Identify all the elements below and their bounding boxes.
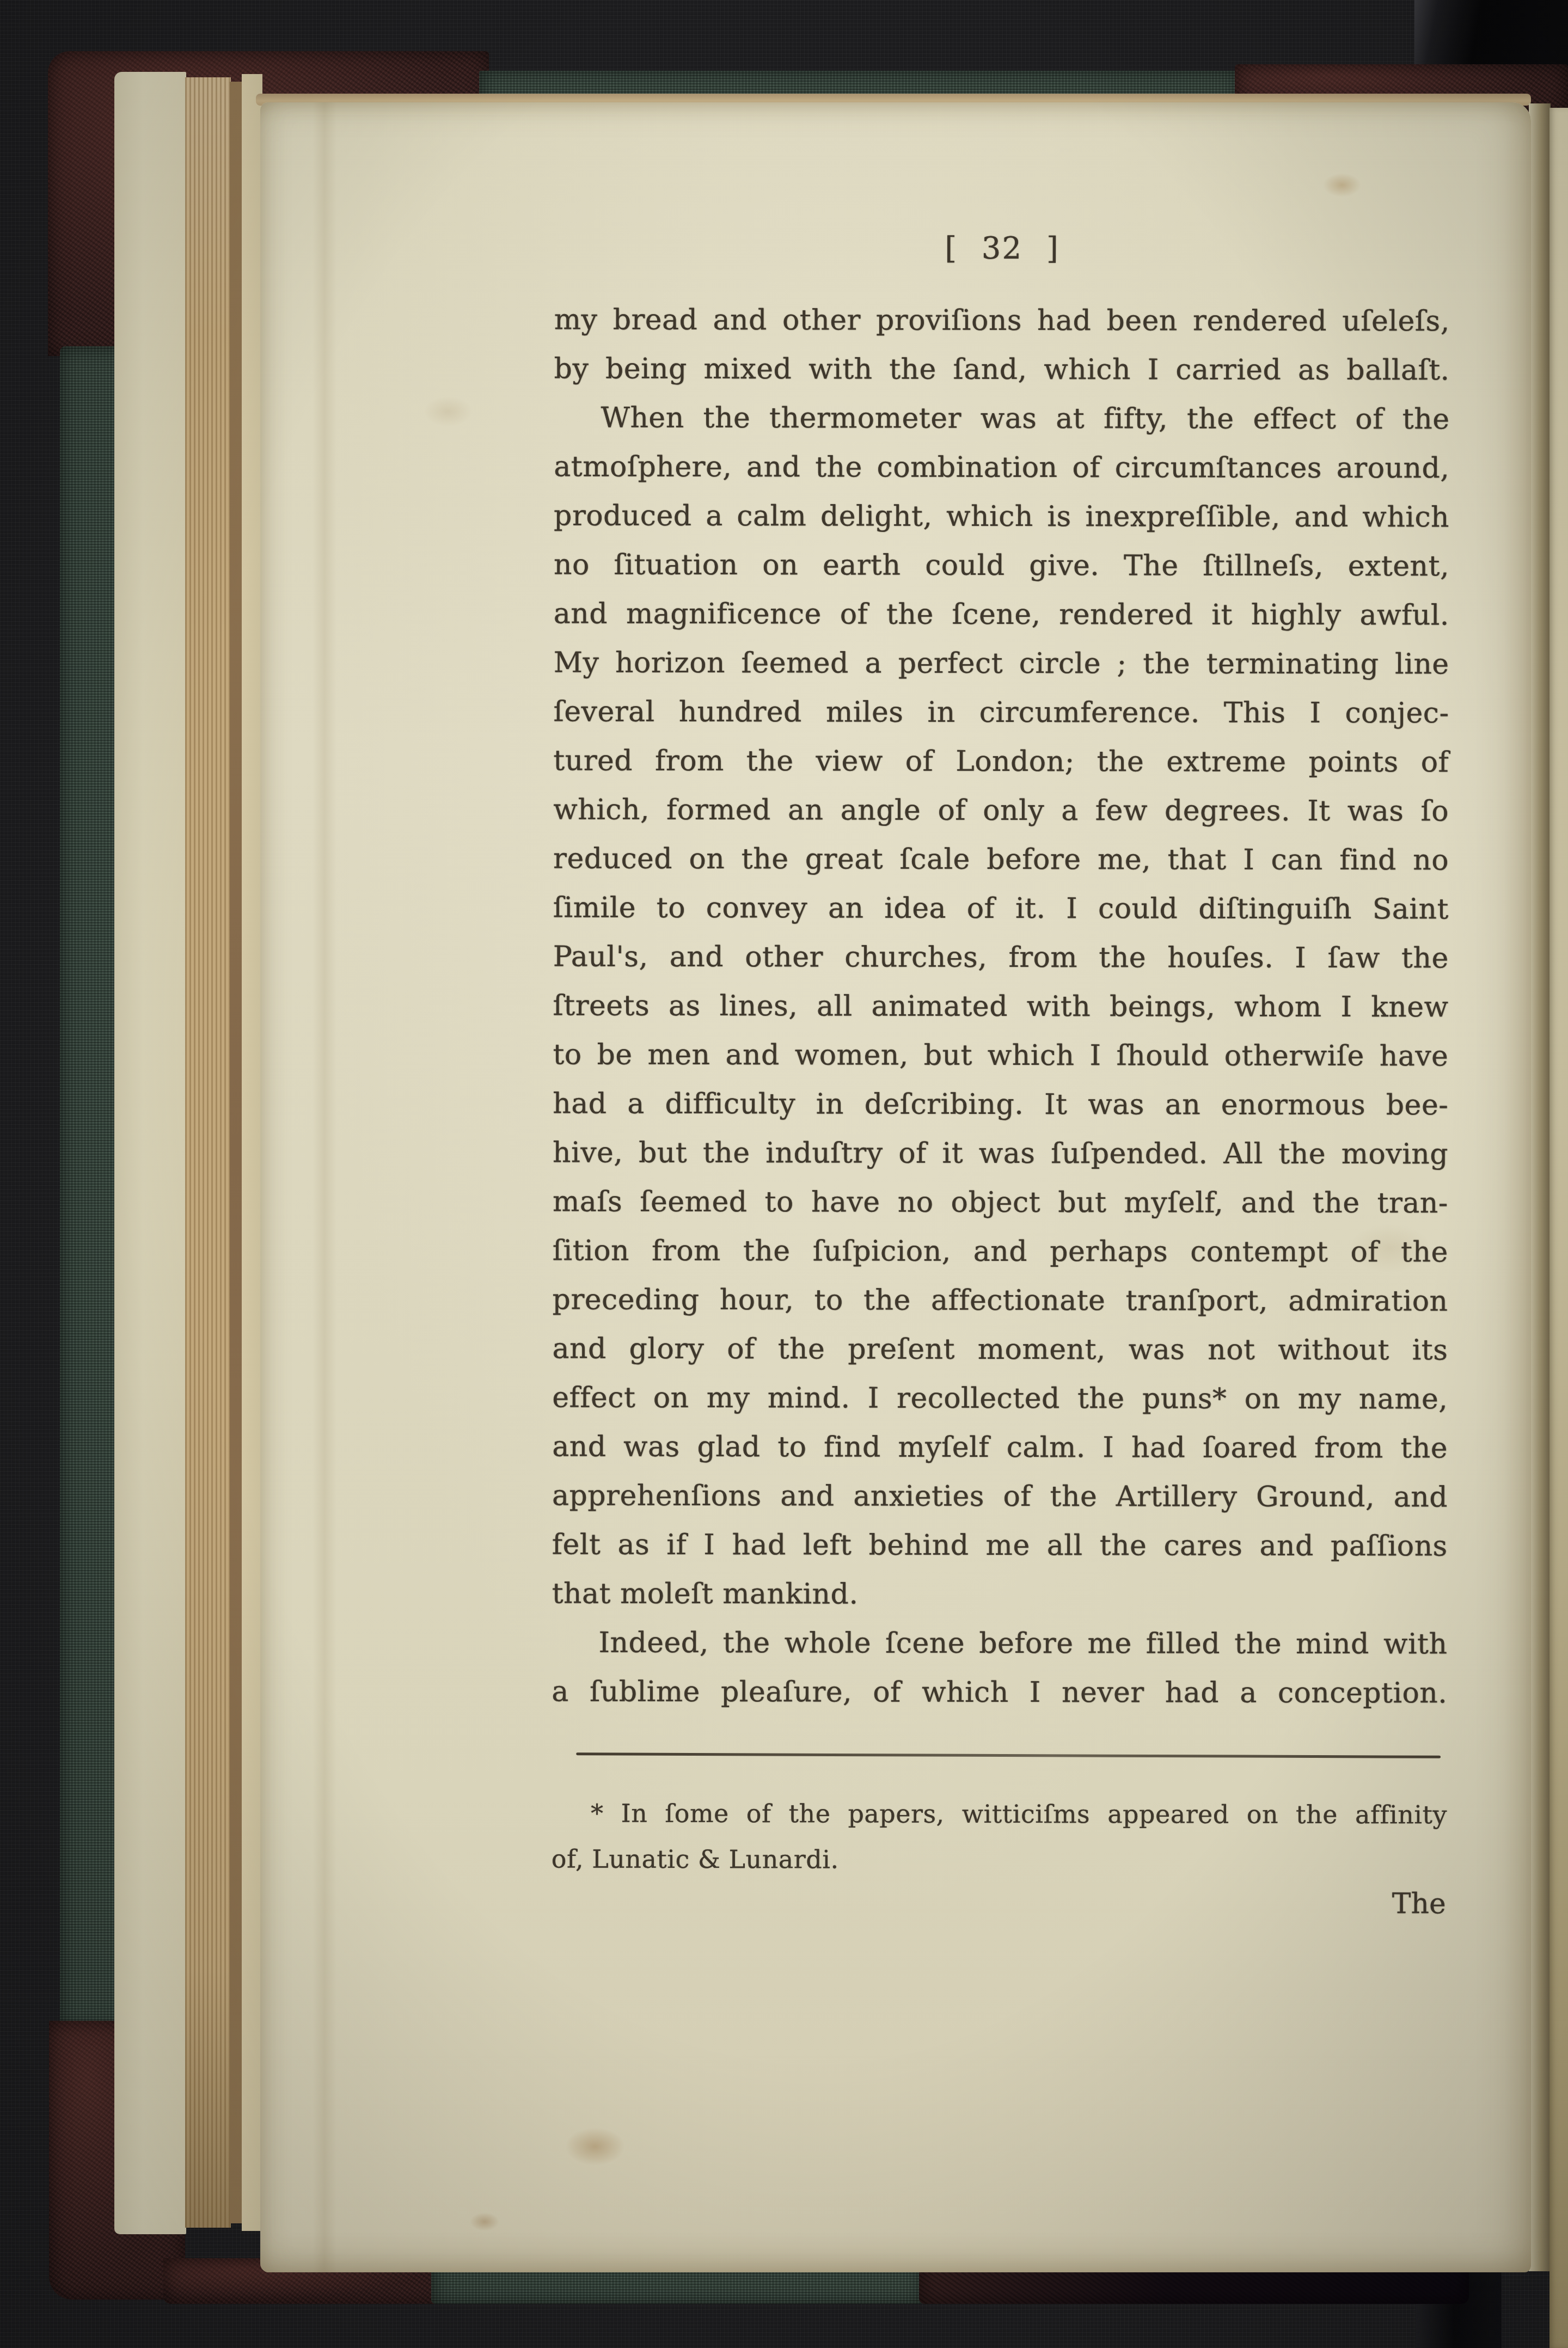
catchword: The: [1392, 1882, 1446, 1926]
text-line: to be men and women, but which I ſhould …: [553, 1031, 1448, 1081]
text-line: a ſublime pleaſure, of which I never had…: [552, 1667, 1447, 1718]
page-edge-deckle: [185, 77, 231, 2228]
text-line: had a difficulty in deſcribing. It was a…: [553, 1080, 1448, 1130]
text-line: My horizon ſeemed a perfect circle ; the…: [554, 639, 1449, 689]
text-line: ſtreets as lines, all animated with bein…: [553, 982, 1449, 1032]
gutter-shadow: [1529, 103, 1551, 2271]
page-edge-leaf: [242, 74, 262, 2231]
text-line: apprehenſions and anxieties of the Artil…: [552, 1472, 1448, 1522]
page-edge-leaf: [114, 72, 186, 2234]
footnote: * In ſome of the papers, witticiſms appe…: [552, 1791, 1447, 1884]
text-line: by being mixed with the ſand, which I ca…: [554, 345, 1450, 395]
page-edge-stack: [114, 69, 262, 2244]
text-line: my bread and other proviſions had been r…: [554, 296, 1450, 346]
text-line: Indeed, the whole ſcene before me filled…: [552, 1619, 1447, 1669]
page-number: [ 32 ]: [554, 230, 1450, 267]
text-line: that moleſt mankind.: [552, 1570, 1448, 1620]
text-line: no ſituation on earth could give. The ſt…: [554, 541, 1449, 591]
photo-backdrop-cloth: { "scene": { "backdrop": "black woven cl…: [0, 0, 1568, 2348]
paper-crease: [313, 102, 336, 2272]
text-line: ſimile to convey an idea of it. I could …: [553, 884, 1449, 934]
text-line: maſs ſeemed to have no object but myſelf…: [553, 1178, 1448, 1228]
facing-page-edge: [1549, 108, 1568, 2348]
text-line: ſition from the ſuſpicion, and perhaps c…: [553, 1227, 1448, 1277]
text-line: produced a calm delight, which is inexpr…: [554, 492, 1449, 542]
footnote-line: * In ſome of the papers, witticiſms appe…: [552, 1791, 1447, 1838]
text-line: preceding hour, to the affectionate tran…: [553, 1276, 1448, 1326]
body-lines: my bread and other proviſions had been r…: [552, 296, 1450, 1718]
text-line: ſeveral hundred miles in circumference. …: [553, 688, 1449, 738]
stain: [470, 2212, 499, 2231]
text-line: felt as if I had left behind me all the …: [552, 1521, 1448, 1571]
text-line: atmoſphere, and the combination of circu…: [554, 443, 1449, 493]
stain: [424, 396, 473, 427]
footnote-divider: [576, 1752, 1441, 1758]
text-line: and magnificence of the ſcene, rendered …: [554, 590, 1449, 640]
text-line: and was glad to find myſelf calm. I had …: [552, 1423, 1448, 1473]
book-page: [ 32 ] my bread and other proviſions had…: [260, 102, 1531, 2272]
text-line: and glory of the preſent moment, was not…: [552, 1325, 1448, 1375]
footnote-line: of, Lunatic & Lunardi.: [552, 1836, 1447, 1884]
text-line: hive, but the induſtry of it was ſuſpend…: [553, 1129, 1448, 1179]
text-line: When the thermometer was at fifty, the e…: [554, 394, 1449, 444]
text-line: Paul's, and other churches, from the hou…: [553, 933, 1449, 983]
page-edge-dark-leaf: [230, 82, 243, 2223]
printed-text-block: [ 32 ] my bread and other proviſions had…: [551, 102, 1450, 2273]
text-line: which, formed an angle of only a few deg…: [553, 786, 1449, 836]
text-line: effect on my mind. I recollected the pun…: [552, 1374, 1448, 1424]
text-line: tured from the view of London; the extre…: [553, 737, 1449, 787]
text-line: reduced on the great ſcale before me, th…: [553, 835, 1449, 885]
